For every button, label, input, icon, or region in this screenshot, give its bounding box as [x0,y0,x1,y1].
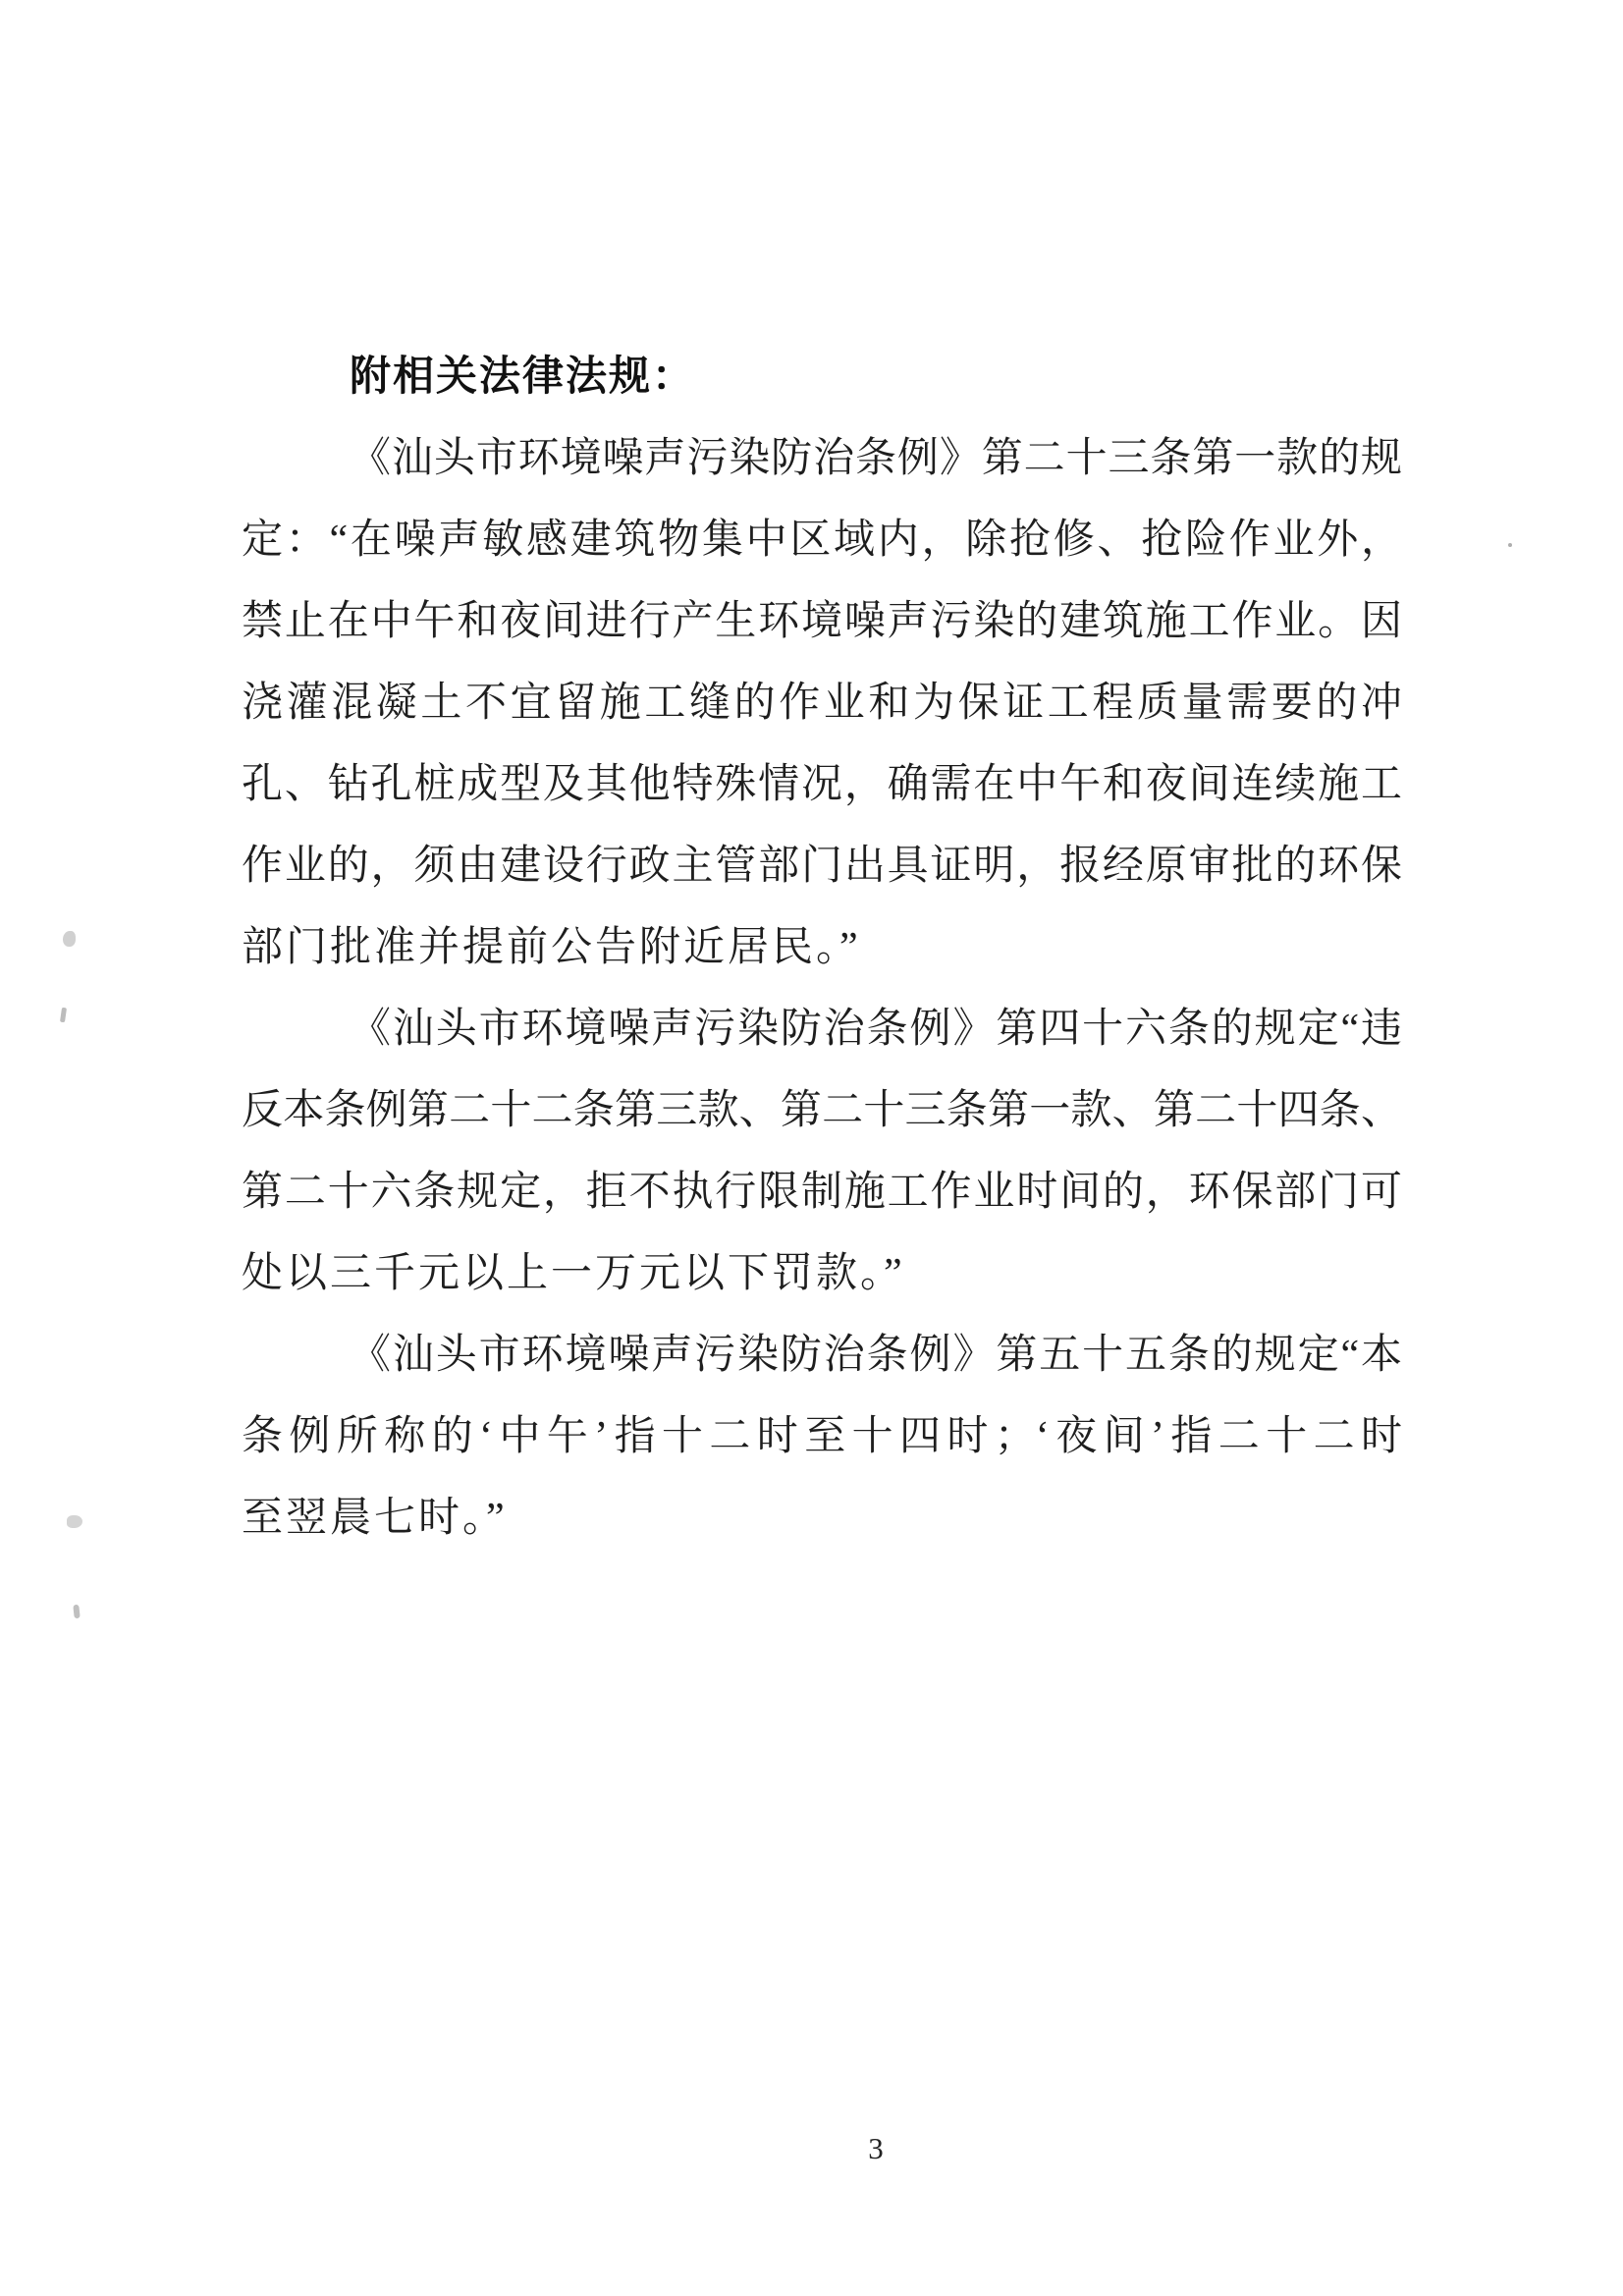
para1-line5: 孔、钻孔桩成型及其他特殊情况，确需在中午和夜间连续施工 [242,744,1402,826]
document-text-block: 附相关法律法规： 《汕头市环境噪声污染防治条例》第二十三条第一款的规 定：“在噪… [242,337,1402,1559]
para2-line2: 反本条例第二十二条第三款、第二十三条第一款、第二十四条、 [242,1070,1402,1152]
page-number: 3 [856,2129,895,2168]
scan-speck [67,1515,82,1528]
para1-line6: 作业的，须由建设行政主管部门出具证明，报经原审批的环保 [242,826,1402,907]
scan-speck [63,931,76,947]
scan-speck [60,1008,67,1023]
para1-line2: 定：“在噪声敏感建筑物集中区域内，除抢修、抢险作业外， [242,500,1402,581]
para3-line3: 至翌晨七时。” [242,1478,1402,1559]
para1-line7: 部门批准并提前公告附近居民。” [242,907,1402,989]
scan-speck [1508,543,1512,547]
para1-line3: 禁止在中午和夜间进行产生环境噪声污染的建筑施工作业。因 [242,581,1402,663]
para2-line4: 处以三千元以上一万元以下罚款。” [242,1233,1402,1315]
para1-line1: 《汕头市环境噪声污染防治条例》第二十三条第一款的规 [242,418,1402,500]
para1-line4: 浇灌混凝土不宜留施工缝的作业和为保证工程质量需要的冲 [242,663,1402,744]
scanned-document-page: 附相关法律法规： 《汕头市环境噪声污染防治条例》第二十三条第一款的规 定：“在噪… [0,0,1623,2296]
scan-speck [73,1605,80,1619]
para2-line3: 第二十六条规定，拒不执行限制施工作业时间的，环保部门可 [242,1152,1402,1233]
para3-line1: 《汕头市环境噪声污染防治条例》第五十五条的规定“本 [242,1315,1402,1396]
legal-appendix-heading: 附相关法律法规： [242,337,1402,418]
para3-line2: 条例所称的‘中午’指十二时至十四时；‘夜间’指二十二时 [242,1396,1402,1478]
para2-line1: 《汕头市环境噪声污染防治条例》第四十六条的规定“违 [242,989,1402,1070]
